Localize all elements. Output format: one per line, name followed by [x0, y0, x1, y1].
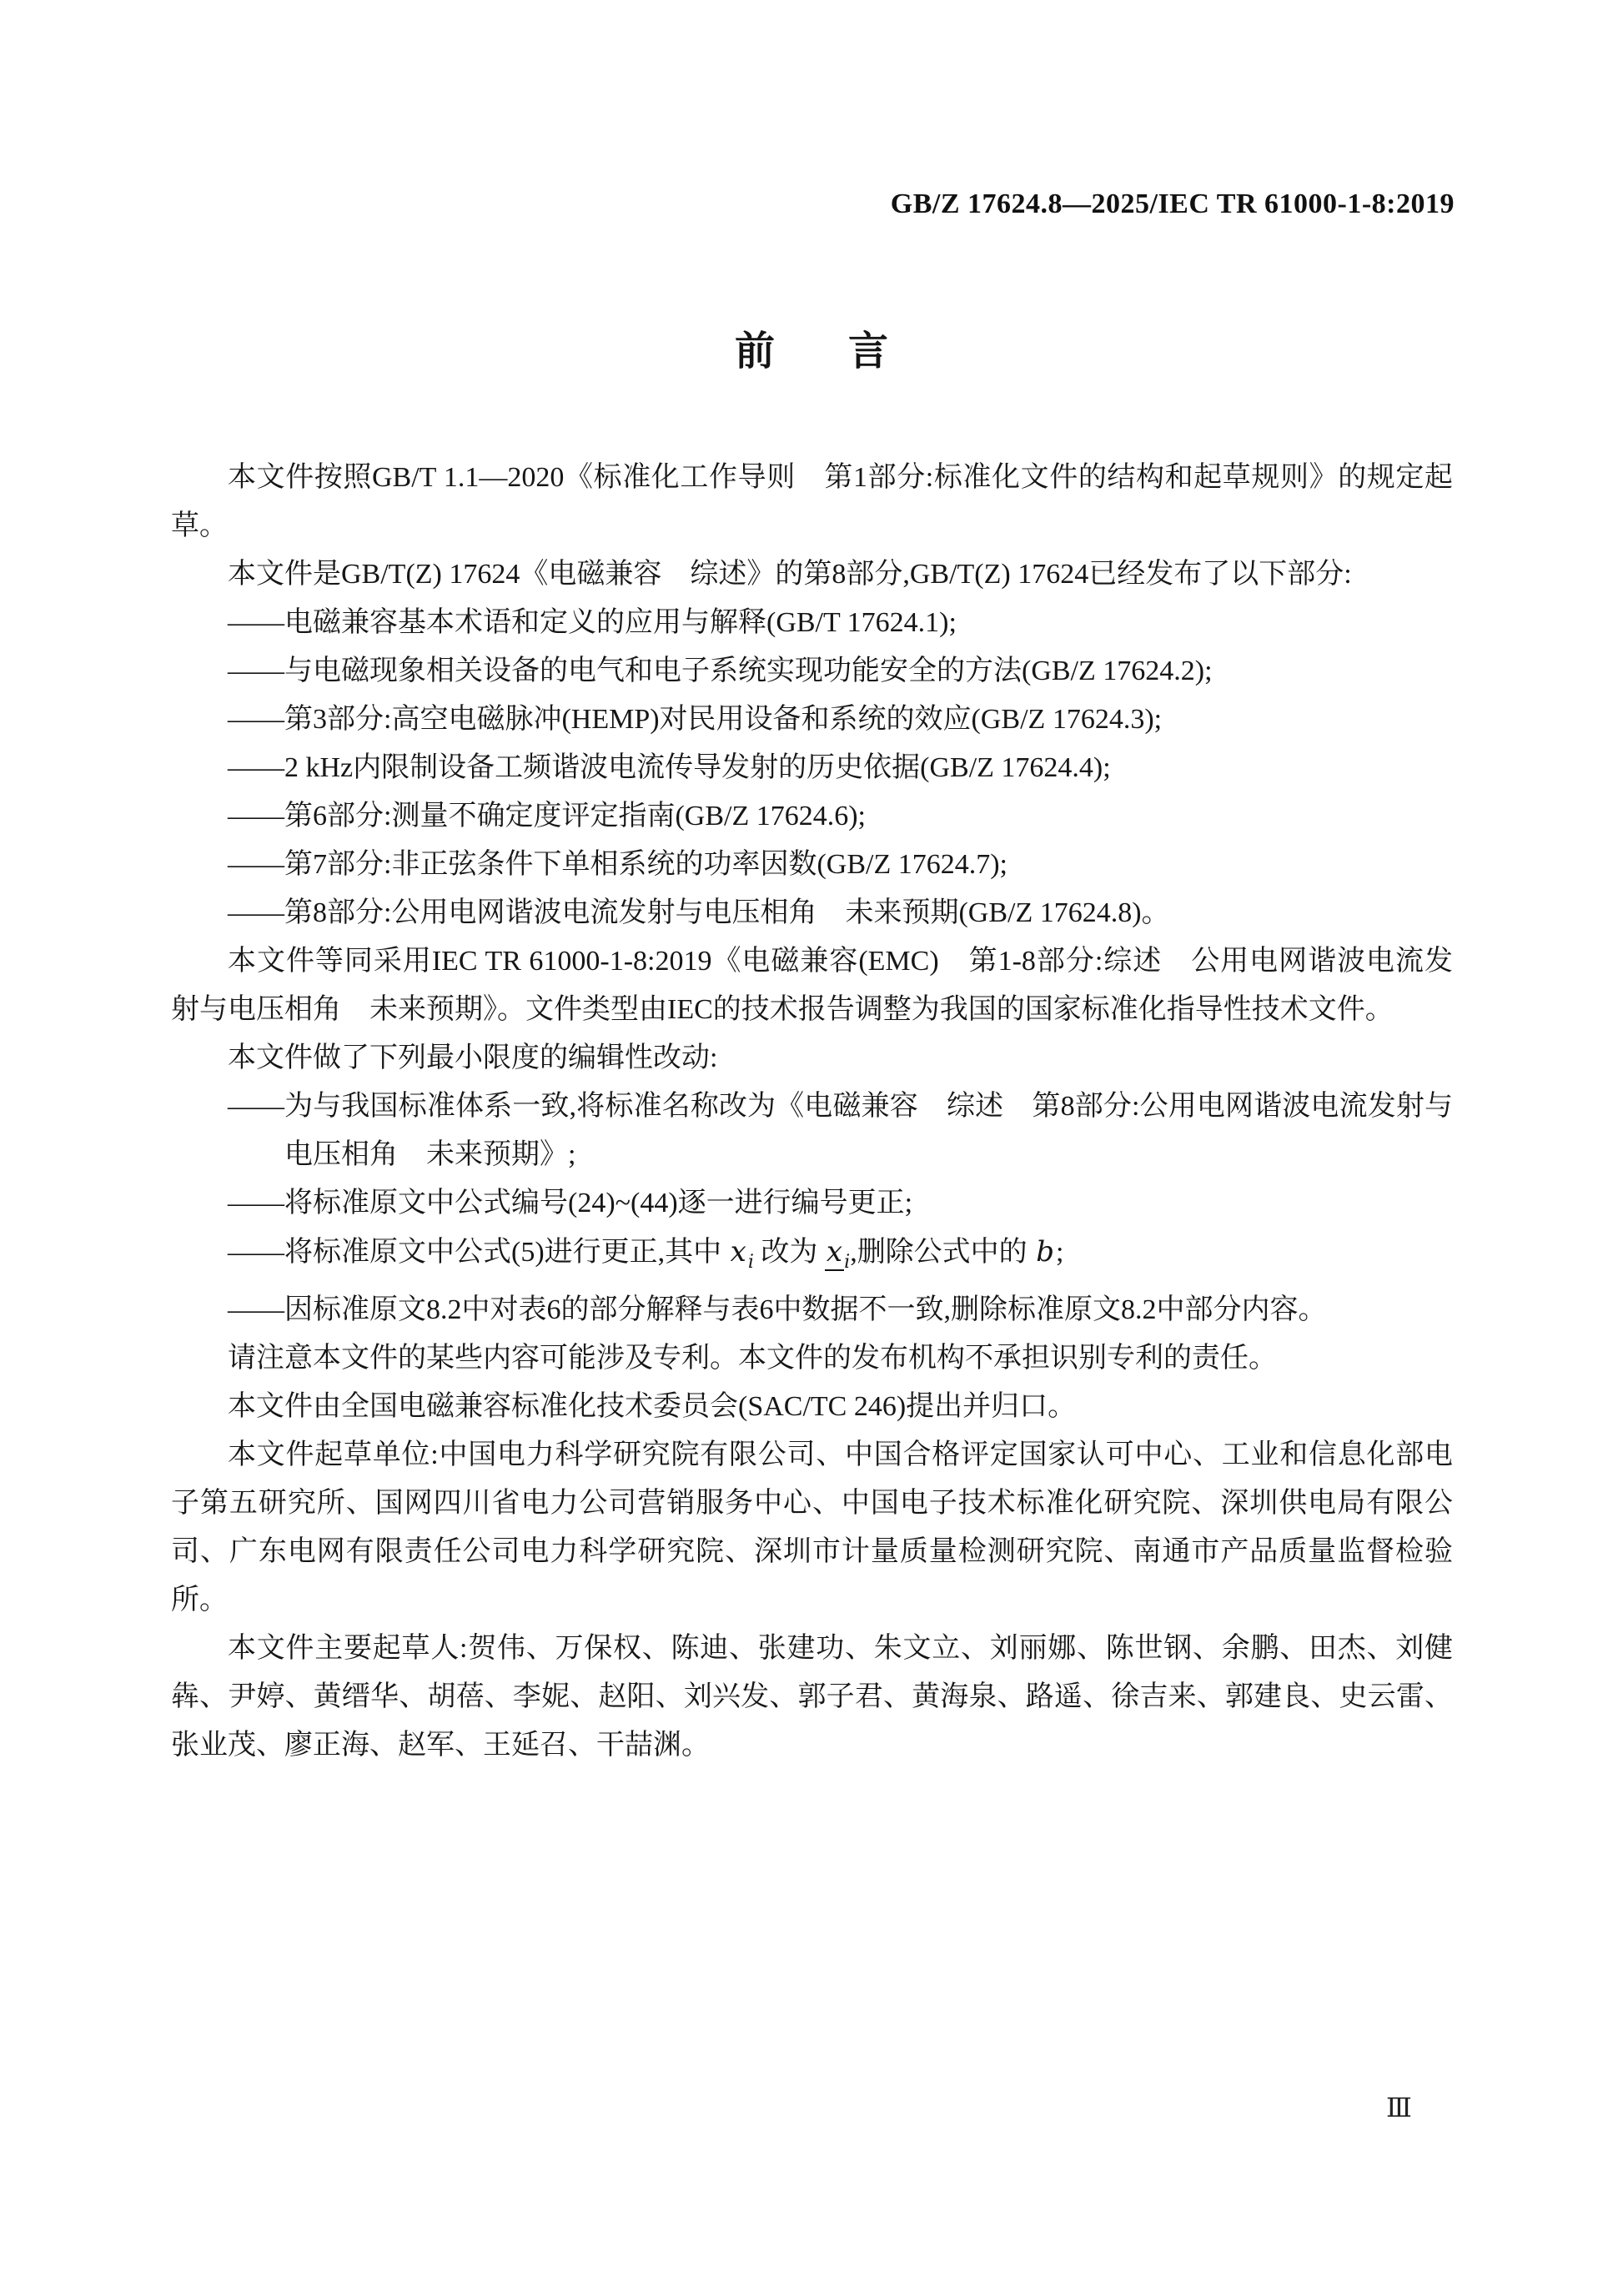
- formula-text-segment: ——将标准原文中公式(5)进行更正,其中: [228, 1237, 729, 1268]
- page-title: 前言: [0, 319, 1623, 376]
- page-title-char-1: 前: [735, 329, 775, 374]
- edit-item-renumber: ——将标准原文中公式编号(24)~(44)逐一进行编号更正;: [171, 1179, 1453, 1228]
- paragraph-series-intro: 本文件是GB/T(Z) 17624《电磁兼容 综述》的第8部分,GB/T(Z) …: [171, 550, 1453, 599]
- paragraph-drafting-basis: 本文件按照GB/T 1.1—2020《标准化工作导则 第1部分:标准化文件的结构…: [171, 454, 1453, 550]
- list-item-part3: ——第3部分:高空电磁脉冲(HEMP)对民用设备和系统的效应(GB/Z 1762…: [171, 696, 1453, 744]
- foreword-body: 本文件按照GB/T 1.1—2020《标准化工作导则 第1部分:标准化文件的结构…: [171, 454, 1453, 1770]
- list-item-part4: ——2 kHz内限制设备工频谐波电流传导发射的历史依据(GB/Z 17624.4…: [171, 744, 1453, 792]
- formula-text-segment: ,删除公式中的: [850, 1237, 1034, 1268]
- list-item-part8: ——第8部分:公用电网谐波电流发射与电压相角 未来预期(GB/Z 17624.8…: [171, 889, 1453, 937]
- edit-item-rename: ——为与我国标准体系一致,将标准名称改为《电磁兼容 综述 第8部分:公用电网谐波…: [171, 1083, 1453, 1179]
- formula-text-segment: 改为: [754, 1237, 825, 1268]
- list-item-part7: ——第7部分:非正弦条件下单相系统的功率因数(GB/Z 17624.7);: [171, 841, 1453, 889]
- list-item-part2: ——与电磁现象相关设备的电气和电子系统实现功能安全的方法(GB/Z 17624.…: [171, 647, 1453, 696]
- paragraph-iec-adoption: 本文件等同采用IEC TR 61000-1-8:2019《电磁兼容(EMC) 第…: [171, 937, 1453, 1034]
- paragraph-main-drafters: 本文件主要起草人:贺伟、万保权、陈迪、张建功、朱文立、刘丽娜、陈世钢、余鹏、田杰…: [171, 1625, 1453, 1770]
- edit-item-formula: ——将标准原文中公式(5)进行更正,其中 xi 改为 xi,删除公式中的 b;: [171, 1228, 1453, 1286]
- edit-item-table6: ——因标准原文8.2中对表6的部分解释与表6中数据不一致,删除标准原文8.2中部…: [171, 1286, 1453, 1334]
- formula-subscript-i: i: [748, 1251, 754, 1273]
- paragraph-patent-notice: 请注意本文件的某些内容可能涉及专利。本文件的发布机构不承担识别专利的责任。: [171, 1334, 1453, 1383]
- standard-number-header: GB/Z 17624.8—2025/IEC TR 61000-1-8:2019: [891, 188, 1455, 220]
- formula-variable-xi: x: [729, 1235, 748, 1269]
- page-title-char-2: 言: [848, 329, 888, 374]
- paragraph-drafting-organizations: 本文件起草单位:中国电力科学研究院有限公司、中国合格评定国家认可中心、工业和信息…: [171, 1431, 1453, 1625]
- formula-variable-xi-underlined: x: [825, 1235, 844, 1271]
- formula-variable-b: b: [1034, 1235, 1056, 1269]
- list-item-part1: ——电磁兼容基本术语和定义的应用与解释(GB/T 17624.1);: [171, 599, 1453, 647]
- paragraph-edits-intro: 本文件做了下列最小限度的编辑性改动:: [171, 1034, 1453, 1083]
- page-number: Ⅲ: [1386, 2092, 1412, 2123]
- paragraph-committee: 本文件由全国电磁兼容标准化技术委员会(SAC/TC 246)提出并归口。: [171, 1383, 1453, 1431]
- formula-text-segment: ;: [1056, 1237, 1063, 1268]
- list-item-part6: ——第6部分:测量不确定度评定指南(GB/Z 17624.6);: [171, 792, 1453, 841]
